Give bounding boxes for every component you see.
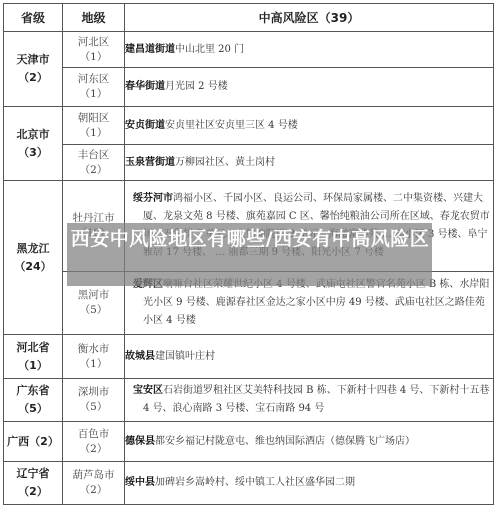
table-row: 河东区 （1） 春华街道月光园 2 号楼 (4, 68, 494, 107)
province-cell: 辽宁省 （2） (4, 462, 63, 505)
city-count: （1） (63, 87, 124, 102)
area-district: 德保县 (125, 436, 155, 447)
table-row: 广西（2） 百色市 （2） 德保县都安乡福记村陇意屯、维也纳国际酒店（德保腾飞广… (4, 422, 494, 462)
city-count: （2） (63, 483, 124, 498)
province-count: （1） (4, 357, 62, 375)
area-list: 月光园 2 号楼 (165, 81, 228, 92)
table-row: 辽宁省 （2） 葫芦岛市 （2） 绥中县加碑岩乡嵩岭村、绥中镇工人社区盛华园二期 (4, 462, 494, 505)
area-list: 喇嘛台社区荣耀世纪小区 4 号楼、武庙屯社区警官名苑小区 B 栋、水岸阳光小区 … (143, 279, 489, 326)
area-list: 安贞里社区安贞里三区 4 号楼 (165, 120, 298, 131)
city-name: 河北区 (63, 35, 124, 50)
areas-cell: 玉泉营街道万柳园社区、黄土岗村 (125, 145, 494, 181)
city-count: （5） (63, 400, 124, 415)
area-district: 春华街道 (125, 81, 165, 92)
province-count: （2） (4, 69, 62, 87)
province-name: 河北省 (4, 339, 62, 357)
area-list: 建国镇叶庄村 (155, 351, 215, 362)
city-name: 丰台区 (63, 148, 124, 163)
province-name: 天津市 (4, 51, 62, 69)
city-name: 衡水市 (63, 342, 124, 357)
table-row: 天津市 （2） 河北区 （1） 建昌道街道中山北里 20 门 (4, 32, 494, 68)
area-list: 万柳园社区、黄土岗村 (175, 157, 275, 168)
area-district: 安贞街道 (125, 120, 165, 131)
header-province: 省级 (4, 4, 63, 32)
city-cell: 百色市 （2） (63, 422, 125, 462)
area-list: 加碑岩乡嵩岭村、绥中镇工人社区盛华园二期 (155, 477, 355, 488)
city-count: （1） (63, 126, 124, 141)
area-list: 都安乡福记村陇意屯、维也纳国际酒店（德保腾飞广场店） (155, 436, 415, 447)
areas-cell: 安贞街道安贞里社区安贞里三区 4 号楼 (125, 107, 494, 145)
province-cell: 河北省 （1） (4, 335, 63, 379)
header-city: 地级 (63, 4, 125, 32)
overlay-title: 西安中风险地区有哪些/西安有中高风险区 (60, 226, 440, 252)
province-cell: 天津市 （2） (4, 32, 63, 107)
table-row: 河北省 （1） 衡水市 （1） 故城县建国镇叶庄村 (4, 335, 494, 379)
area-district: 故城县 (125, 351, 155, 362)
province-count: （2） (4, 483, 62, 501)
area-district: 建昌道街道 (125, 44, 175, 55)
area-district: 绥中县 (125, 477, 155, 488)
city-cell: 朝阳区 （1） (63, 107, 125, 145)
areas-cell: 绥中县加碑岩乡嵩岭村、绥中镇工人社区盛华园二期 (125, 462, 494, 505)
areas-cell: 春华街道月光园 2 号楼 (125, 68, 494, 107)
province-name: 黑龙江 (4, 240, 62, 258)
city-count: （2） (63, 442, 124, 457)
city-name: 深圳市 (63, 385, 124, 400)
areas-cell: 德保县都安乡福记村陇意屯、维也纳国际酒店（德保腾飞广场店） (125, 422, 494, 462)
areas-cell: 宝安区石岩街道罗租社区艾美特科技园 B 栋、下新村十四巷 4 号、下新村十五巷 … (125, 379, 494, 422)
province-cell: 广西（2） (4, 422, 63, 462)
table-header-row: 省级 地级 中高风险区（39） (4, 4, 494, 32)
table-row: 广东省 （5） 深圳市 （5） 宝安区石岩街道罗租社区艾美特科技园 B 栋、下新… (4, 379, 494, 422)
city-count: （1） (63, 357, 124, 372)
areas-cell: 故城县建国镇叶庄村 (125, 335, 494, 379)
table-row: 北京市 （3） 朝阳区 （1） 安贞街道安贞里社区安贞里三区 4 号楼 (4, 107, 494, 145)
area-district: 宝安区 (133, 385, 163, 396)
city-name: 葫芦岛市 (63, 468, 124, 483)
province-count: （3） (4, 144, 62, 162)
city-cell: 衡水市 （1） (63, 335, 125, 379)
table-row: 丰台区 （2） 玉泉营街道万柳园社区、黄土岗村 (4, 145, 494, 181)
city-count: （2） (63, 163, 124, 178)
city-cell: 河北区 （1） (63, 32, 125, 68)
city-cell: 河东区 （1） (63, 68, 125, 107)
area-district: 绥芬河市 (133, 193, 173, 204)
province-name: 辽宁省 (4, 465, 62, 483)
city-cell: 深圳市 （5） (63, 379, 125, 422)
province-cell: 黑龙江 （24） (4, 181, 63, 335)
province-cell: 广东省 （5） (4, 379, 63, 422)
area-list: 石岩街道罗租社区艾美特科技园 B 栋、下新村十四巷 4 号、下新村十五巷 4 号… (143, 385, 489, 414)
areas-cell: 建昌道街道中山北里 20 门 (125, 32, 494, 68)
city-cell: 丰台区 （2） (63, 145, 125, 181)
city-cell: 葫芦岛市 （2） (63, 462, 125, 505)
province-count: （24） (4, 258, 62, 276)
area-district: 玉泉营街道 (125, 157, 175, 168)
city-name: 黑河市 (63, 288, 124, 303)
city-count: （5） (63, 303, 124, 318)
province-name: 北京市 (4, 126, 62, 144)
province-name: 广西（2） (4, 433, 62, 451)
province-cell: 北京市 （3） (4, 107, 63, 181)
city-name: 河东区 (63, 72, 124, 87)
city-count: （1） (63, 50, 124, 65)
city-name: 百色市 (63, 427, 124, 442)
city-name: 朝阳区 (63, 111, 124, 126)
header-areas: 中高风险区（39） (125, 4, 494, 32)
province-count: （5） (4, 400, 62, 418)
province-name: 广东省 (4, 382, 62, 400)
area-list: 中山北里 20 门 (175, 44, 244, 55)
